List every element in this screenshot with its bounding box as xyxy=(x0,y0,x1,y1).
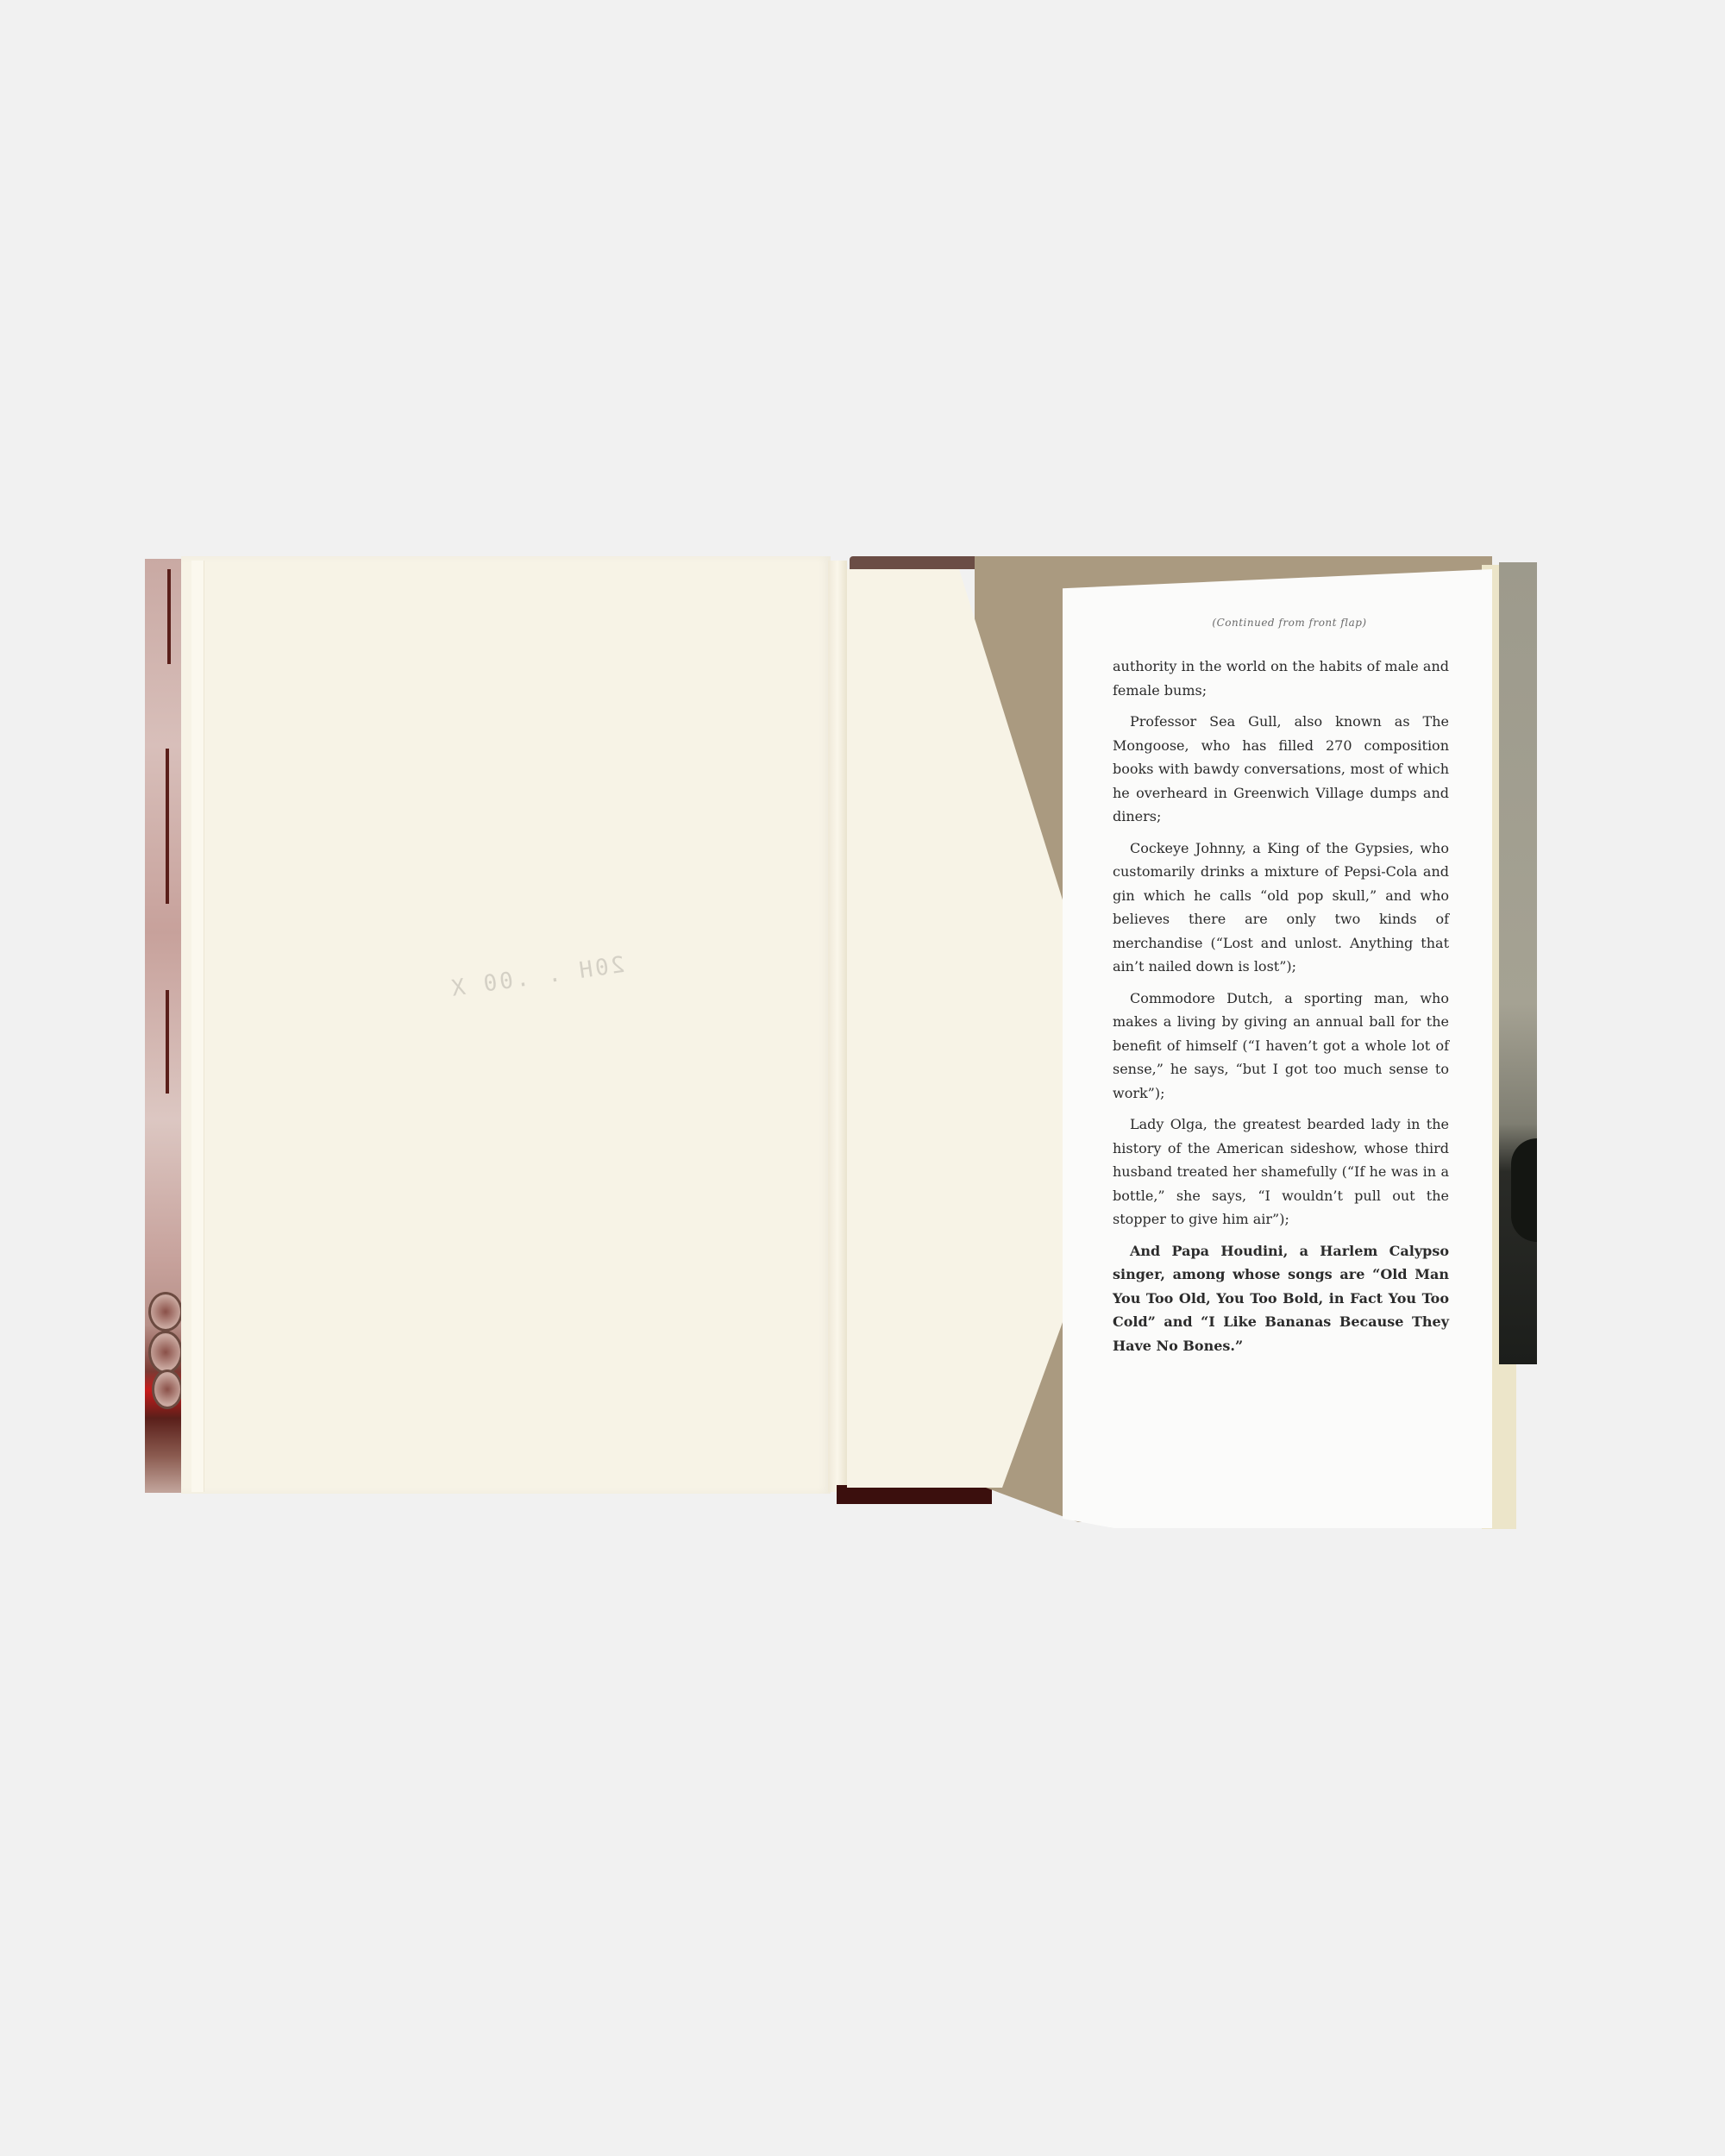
board-bottom-edge xyxy=(837,1485,992,1504)
flap-paragraph: Professor Sea Gull, also known as The Mo… xyxy=(1113,710,1449,829)
jacket-photo-shadow xyxy=(1511,1138,1537,1242)
flap-paragraph: Commodore Dutch, a sporting man, who mak… xyxy=(1113,987,1449,1106)
flap-paragraph: Lady Olga, the greatest bearded lady in … xyxy=(1113,1112,1449,1232)
flap-paragraph: And Papa Houdini, a Harlem Calypso singe… xyxy=(1113,1239,1449,1358)
board-top-edge xyxy=(850,556,979,569)
cover-illustration-line xyxy=(167,569,171,664)
cover-illustration-coin xyxy=(148,1331,183,1374)
flap-text-block: (Continued from front flap) authority in… xyxy=(1113,617,1449,1365)
flap-continued-header: (Continued from front flap) xyxy=(1130,617,1449,629)
book-gutter xyxy=(828,561,847,1492)
jacket-back-edge xyxy=(1499,562,1537,1364)
flap-paragraph: authority in the world on the habits of … xyxy=(1113,655,1449,702)
flap-paragraph: Cockeye Johnny, a King of the Gypsies, w… xyxy=(1113,837,1449,979)
cover-illustration-line xyxy=(166,990,169,1094)
page-edge xyxy=(191,561,204,1492)
cover-illustration-coin xyxy=(148,1292,183,1332)
cover-illustration-line xyxy=(166,749,169,904)
left-endpaper-page xyxy=(181,556,831,1494)
cover-illustration-coin xyxy=(152,1369,183,1409)
front-cover-edge xyxy=(145,559,181,1493)
